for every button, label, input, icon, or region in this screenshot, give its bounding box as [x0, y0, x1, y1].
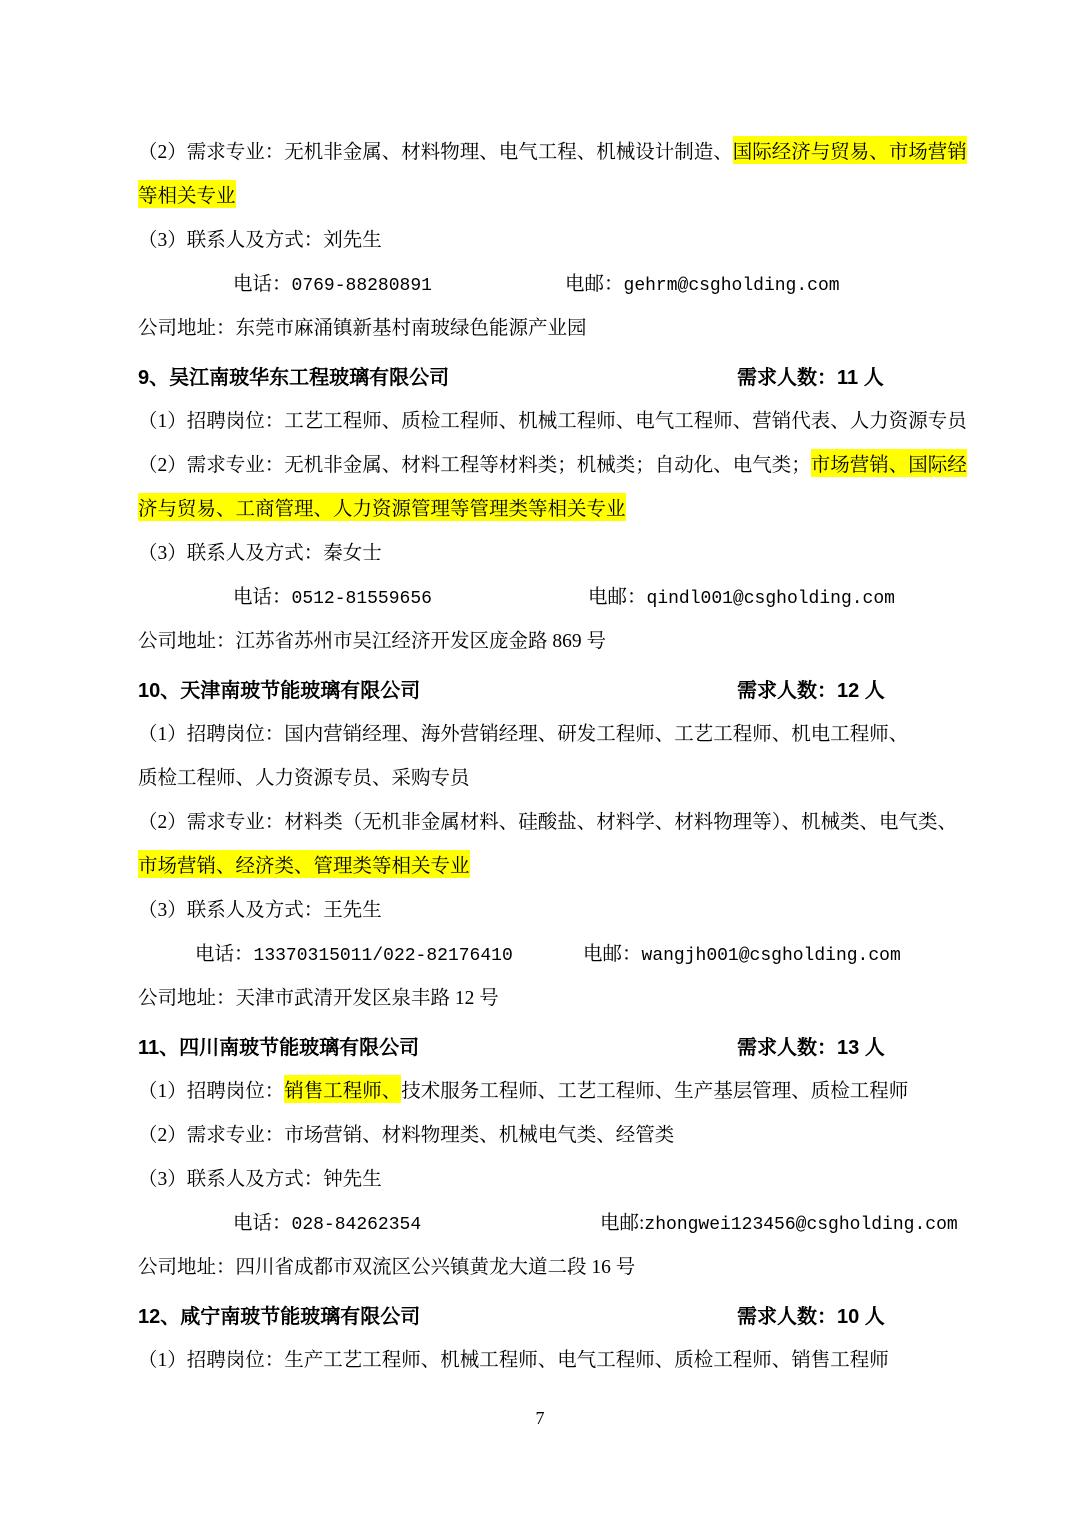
email-group: 电邮:zhongwei123456@csgholding.com — [600, 1207, 958, 1235]
company-name: 11、四川南玻节能玻璃有限公司 — [138, 1031, 419, 1060]
text-segment: （1）招聘岗位： — [138, 1075, 284, 1103]
company-name: 12、咸宁南玻节能玻璃有限公司 — [138, 1300, 420, 1329]
phone-value: 0769-88280891 — [292, 276, 432, 296]
detail-line: （3）联系人及方式：王先生 — [138, 886, 990, 930]
detail-line: （3）联系人及方式：刘先生 — [138, 216, 990, 260]
phone-label: 电话： — [233, 274, 292, 295]
detail-line: （1）招聘岗位：工艺工程师、质检工程师、机械工程师、电气工程师、营销代表、人力资… — [138, 397, 990, 441]
text-segment: 技术服务工程师、工艺工程师、生产基层管理、质检工程师 — [401, 1075, 908, 1103]
company-heading: 11、四川南玻节能玻璃有限公司需求人数：13 人 — [138, 1023, 990, 1067]
phone-group: 电话：0769-88280891 — [233, 268, 432, 296]
continuation-line: 等相关专业 — [138, 172, 990, 216]
text-segment: （2）需求专业：市场营销、材料物理类、机械电气类、经管类 — [138, 1119, 674, 1147]
email-group: 电邮：qindl001@csgholding.com — [588, 581, 895, 609]
document-body: （2）需求专业：无机非金属、材料物理、电气工程、机械设计制造、国际经济与贸易、市… — [138, 128, 990, 1380]
detail-line: （1）招聘岗位：生产工艺工程师、机械工程师、电气工程师、质检工程师、销售工程师 — [138, 1336, 990, 1380]
text-segment: （1）招聘岗位：国内营销经理、海外营销经理、研发工程师、工艺工程师、机电工程师、 — [138, 718, 908, 746]
email-label: 电邮: — [600, 1213, 644, 1234]
email-value: qindl001@csgholding.com — [647, 589, 895, 609]
text-segment: 公司地址：四川省成都市双流区公兴镇黄龙大道二段 16 号 — [138, 1251, 635, 1279]
address-line: 公司地址：天津市武清开发区泉丰路 12 号 — [138, 974, 990, 1018]
company-name: 9、吴江南玻华东工程玻璃有限公司 — [138, 361, 449, 390]
phone-label: 电话： — [233, 587, 292, 608]
continuation-line: 质检工程师、人力资源专员、采购专员 — [138, 754, 990, 798]
document-page: （2）需求专业：无机非金属、材料物理、电气工程、机械设计制造、国际经济与贸易、市… — [0, 0, 1080, 1527]
text-segment: 质检工程师、人力资源专员、采购专员 — [138, 762, 470, 790]
highlighted-text: 等相关专业 — [138, 180, 236, 208]
phone-group: 电话：13370315011/022-82176410 — [195, 938, 513, 966]
text-segment: （2）需求专业：材料类（无机非金属材料、硅酸盐、材料学、材料物理等）、机械类、电… — [138, 806, 957, 834]
detail-line: （2）需求专业：无机非金属、材料物理、电气工程、机械设计制造、国际经济与贸易、市… — [138, 128, 990, 172]
phone-value: 0512-81559656 — [292, 589, 432, 609]
detail-line: （1）招聘岗位：国内营销经理、海外营销经理、研发工程师、工艺工程师、机电工程师、 — [138, 710, 990, 754]
text-segment: 公司地址：江苏省苏州市吴江经济开发区庞金路 869 号 — [138, 625, 606, 653]
address-line: 公司地址：江苏省苏州市吴江经济开发区庞金路 869 号 — [138, 617, 990, 661]
demand-count: 需求人数：13 人 — [737, 1031, 885, 1060]
phone-value: 028-84262354 — [292, 1215, 422, 1235]
phone-label: 电话： — [195, 944, 254, 965]
company-heading: 10、天津南玻节能玻璃有限公司需求人数：12 人 — [138, 666, 990, 710]
detail-line: （1）招聘岗位：销售工程师、技术服务工程师、工艺工程师、生产基层管理、质检工程师 — [138, 1067, 990, 1111]
text-segment: （3）联系人及方式：刘先生 — [138, 224, 382, 252]
text-segment: （3）联系人及方式：钟先生 — [138, 1163, 382, 1191]
phone-value: 13370315011/022-82176410 — [254, 946, 513, 966]
detail-line: （3）联系人及方式：钟先生 — [138, 1155, 990, 1199]
text-segment: （2）需求专业：无机非金属、材料工程等材料类；机械类；自动化、电气类； — [138, 449, 811, 477]
email-label: 电邮： — [565, 274, 624, 295]
email-value: gehrm@csgholding.com — [624, 276, 840, 296]
email-label: 电邮： — [588, 587, 647, 608]
address-line: 公司地址：四川省成都市双流区公兴镇黄龙大道二段 16 号 — [138, 1243, 990, 1287]
email-group: 电邮：wangjh001@csgholding.com — [583, 938, 901, 966]
email-group: 电邮：gehrm@csgholding.com — [565, 268, 840, 296]
text-segment: 公司地址：天津市武清开发区泉丰路 12 号 — [138, 982, 499, 1010]
contact-line: 电话：0769-88280891电邮：gehrm@csgholding.com — [138, 260, 990, 304]
phone-group: 电话：028-84262354 — [233, 1207, 421, 1235]
text-segment: （1）招聘岗位：生产工艺工程师、机械工程师、电气工程师、质检工程师、销售工程师 — [138, 1344, 889, 1372]
text-segment: （3）联系人及方式：王先生 — [138, 894, 382, 922]
email-value: zhongwei123456@csgholding.com — [644, 1215, 957, 1235]
highlighted-text: 销售工程师、 — [284, 1075, 401, 1103]
phone-label: 电话： — [233, 1213, 292, 1234]
email-value: wangjh001@csgholding.com — [642, 946, 901, 966]
email-label: 电邮： — [583, 944, 642, 965]
company-heading: 12、咸宁南玻节能玻璃有限公司需求人数：10 人 — [138, 1292, 990, 1336]
detail-line: （2）需求专业：无机非金属、材料工程等材料类；机械类；自动化、电气类；市场营销、… — [138, 441, 990, 485]
address-line: 公司地址：东莞市麻涌镇新基村南玻绿色能源产业园 — [138, 304, 990, 348]
demand-count: 需求人数：10 人 — [737, 1300, 885, 1329]
page-number: 7 — [0, 1408, 1080, 1429]
detail-line: （2）需求专业：材料类（无机非金属材料、硅酸盐、材料学、材料物理等）、机械类、电… — [138, 798, 990, 842]
text-segment: 公司地址：东莞市麻涌镇新基村南玻绿色能源产业园 — [138, 312, 587, 340]
demand-count: 需求人数：11 人 — [737, 361, 884, 390]
text-segment: （1）招聘岗位：工艺工程师、质检工程师、机械工程师、电气工程师、营销代表、人力资… — [138, 405, 967, 433]
continuation-line: 市场营销、经济类、管理类等相关专业 — [138, 842, 990, 886]
phone-group: 电话：0512-81559656 — [233, 581, 432, 609]
detail-line: （2）需求专业：市场营销、材料物理类、机械电气类、经管类 — [138, 1111, 990, 1155]
highlighted-text: 市场营销、国际经 — [811, 449, 967, 477]
text-segment: （2）需求专业：无机非金属、材料物理、电气工程、机械设计制造、 — [138, 136, 733, 164]
highlighted-text: 国际经济与贸易、市场营销 — [733, 136, 967, 164]
contact-line: 电话：028-84262354电邮:zhongwei123456@csghold… — [138, 1199, 990, 1243]
highlighted-text: 市场营销、经济类、管理类等相关专业 — [138, 850, 470, 878]
highlighted-text: 济与贸易、工商管理、人力资源管理等管理类等相关专业 — [138, 493, 626, 521]
company-heading: 9、吴江南玻华东工程玻璃有限公司需求人数：11 人 — [138, 353, 990, 397]
contact-line: 电话：13370315011/022-82176410电邮：wangjh001@… — [138, 930, 990, 974]
contact-line: 电话：0512-81559656电邮：qindl001@csgholding.c… — [138, 573, 990, 617]
detail-line: （3）联系人及方式：秦女士 — [138, 529, 990, 573]
demand-count: 需求人数：12 人 — [737, 674, 885, 703]
company-name: 10、天津南玻节能玻璃有限公司 — [138, 674, 420, 703]
continuation-line: 济与贸易、工商管理、人力资源管理等管理类等相关专业 — [138, 485, 990, 529]
text-segment: （3）联系人及方式：秦女士 — [138, 537, 382, 565]
